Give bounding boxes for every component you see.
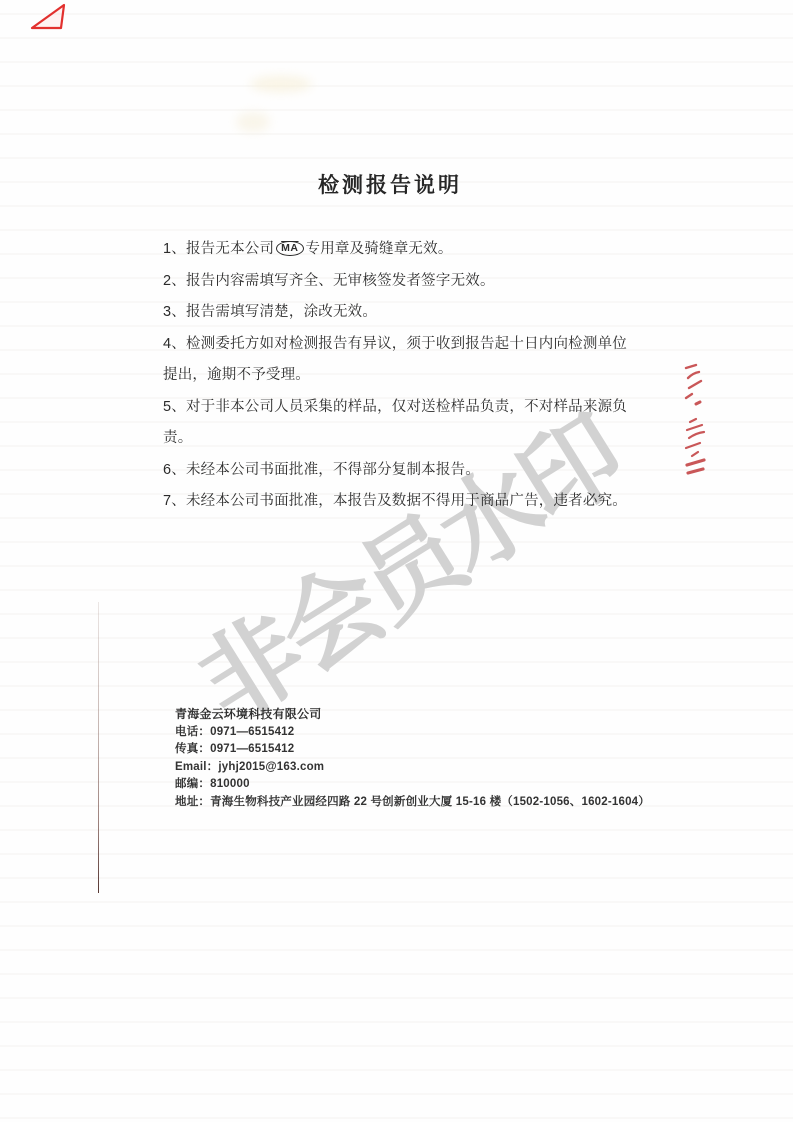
item-number: 6、 [163, 462, 186, 478]
footer-contact-block: 青海金云环境科技有限公司 电话：0971—6515412 传真：0971—651… [175, 706, 650, 812]
footer-company-name: 青海金云环境科技有限公司 [175, 706, 650, 724]
item-text: 检测委托方如对检测报告有异议，须于收到报告起十日内向检测单位 [186, 336, 627, 352]
item-text: 报告无本公司 [186, 241, 274, 257]
item-number: 5、 [163, 399, 186, 415]
footer-email-line: Email：jyhj2015@163.com [175, 759, 650, 777]
page-title: 检测报告说明 [0, 169, 780, 199]
notes-list: 1、报告无本公司MA专用章及骑缝章无效。 2、报告内容需填写齐全、无审核签发者签… [163, 234, 615, 518]
item-text: 报告需填写清楚，涂改无效。 [186, 304, 377, 320]
list-item: 5、对于非本公司人员采集的样品，仅对送检样品负责，不对样品来源负 [163, 392, 615, 424]
scan-crease-line [98, 602, 99, 893]
red-seal-fragment-icon [682, 363, 708, 409]
footer-fax-line: 传真：0971—6515412 [175, 741, 650, 759]
scanned-report-page: 非会员水印 检测报告说明 1、报告无本公司MA专用章及骑缝章无效。 2、报告内容… [0, 0, 793, 1122]
paper-smudge [236, 112, 270, 132]
list-item-continuation: 责。 [163, 423, 615, 455]
list-item: 2、报告内容需填写齐全、无审核签发者签字无效。 [163, 266, 615, 298]
item-number: 1、 [163, 241, 186, 257]
item-text: 责。 [163, 430, 192, 446]
item-text: 提出，逾期不予受理。 [163, 367, 310, 383]
item-text: 未经本公司书面批准，本报告及数据不得用于商品广告，违者必究。 [186, 493, 627, 509]
item-text: 未经本公司书面批准，不得部分复制本报告。 [186, 462, 480, 478]
footer-postcode-line: 邮编：810000 [175, 776, 650, 794]
item-number: 7、 [163, 493, 186, 509]
list-item: 6、未经本公司书面批准，不得部分复制本报告。 [163, 455, 615, 487]
item-text: 对于非本公司人员采集的样品，仅对送检样品负责，不对样品来源负 [186, 399, 627, 415]
list-item: 1、报告无本公司MA专用章及骑缝章无效。 [163, 234, 615, 266]
list-item: 4、检测委托方如对检测报告有异议，须于收到报告起十日内向检测单位 [163, 329, 615, 361]
list-item: 3、报告需填写清楚，涂改无效。 [163, 297, 615, 329]
paper-smudge [250, 76, 312, 92]
item-number: 4、 [163, 336, 186, 352]
footer-address-line: 地址：青海生物科技产业园经四路 22 号创新创业大厦 15-16 楼（1502-… [175, 794, 650, 812]
cma-oval-mark-icon: MA [276, 241, 303, 256]
red-triangle-mark-icon [26, 2, 70, 32]
list-item-continuation: 提出，逾期不予受理。 [163, 360, 615, 392]
item-number: 3、 [163, 304, 186, 320]
footer-phone-line: 电话：0971—6515412 [175, 724, 650, 742]
item-text: 报告内容需填写齐全、无审核签发者签字无效。 [186, 273, 495, 289]
red-seal-fragment-icon [683, 417, 711, 477]
list-item: 7、未经本公司书面批准，本报告及数据不得用于商品广告，违者必究。 [163, 486, 615, 518]
item-text: 专用章及骑缝章无效。 [306, 241, 453, 257]
item-number: 2、 [163, 273, 186, 289]
